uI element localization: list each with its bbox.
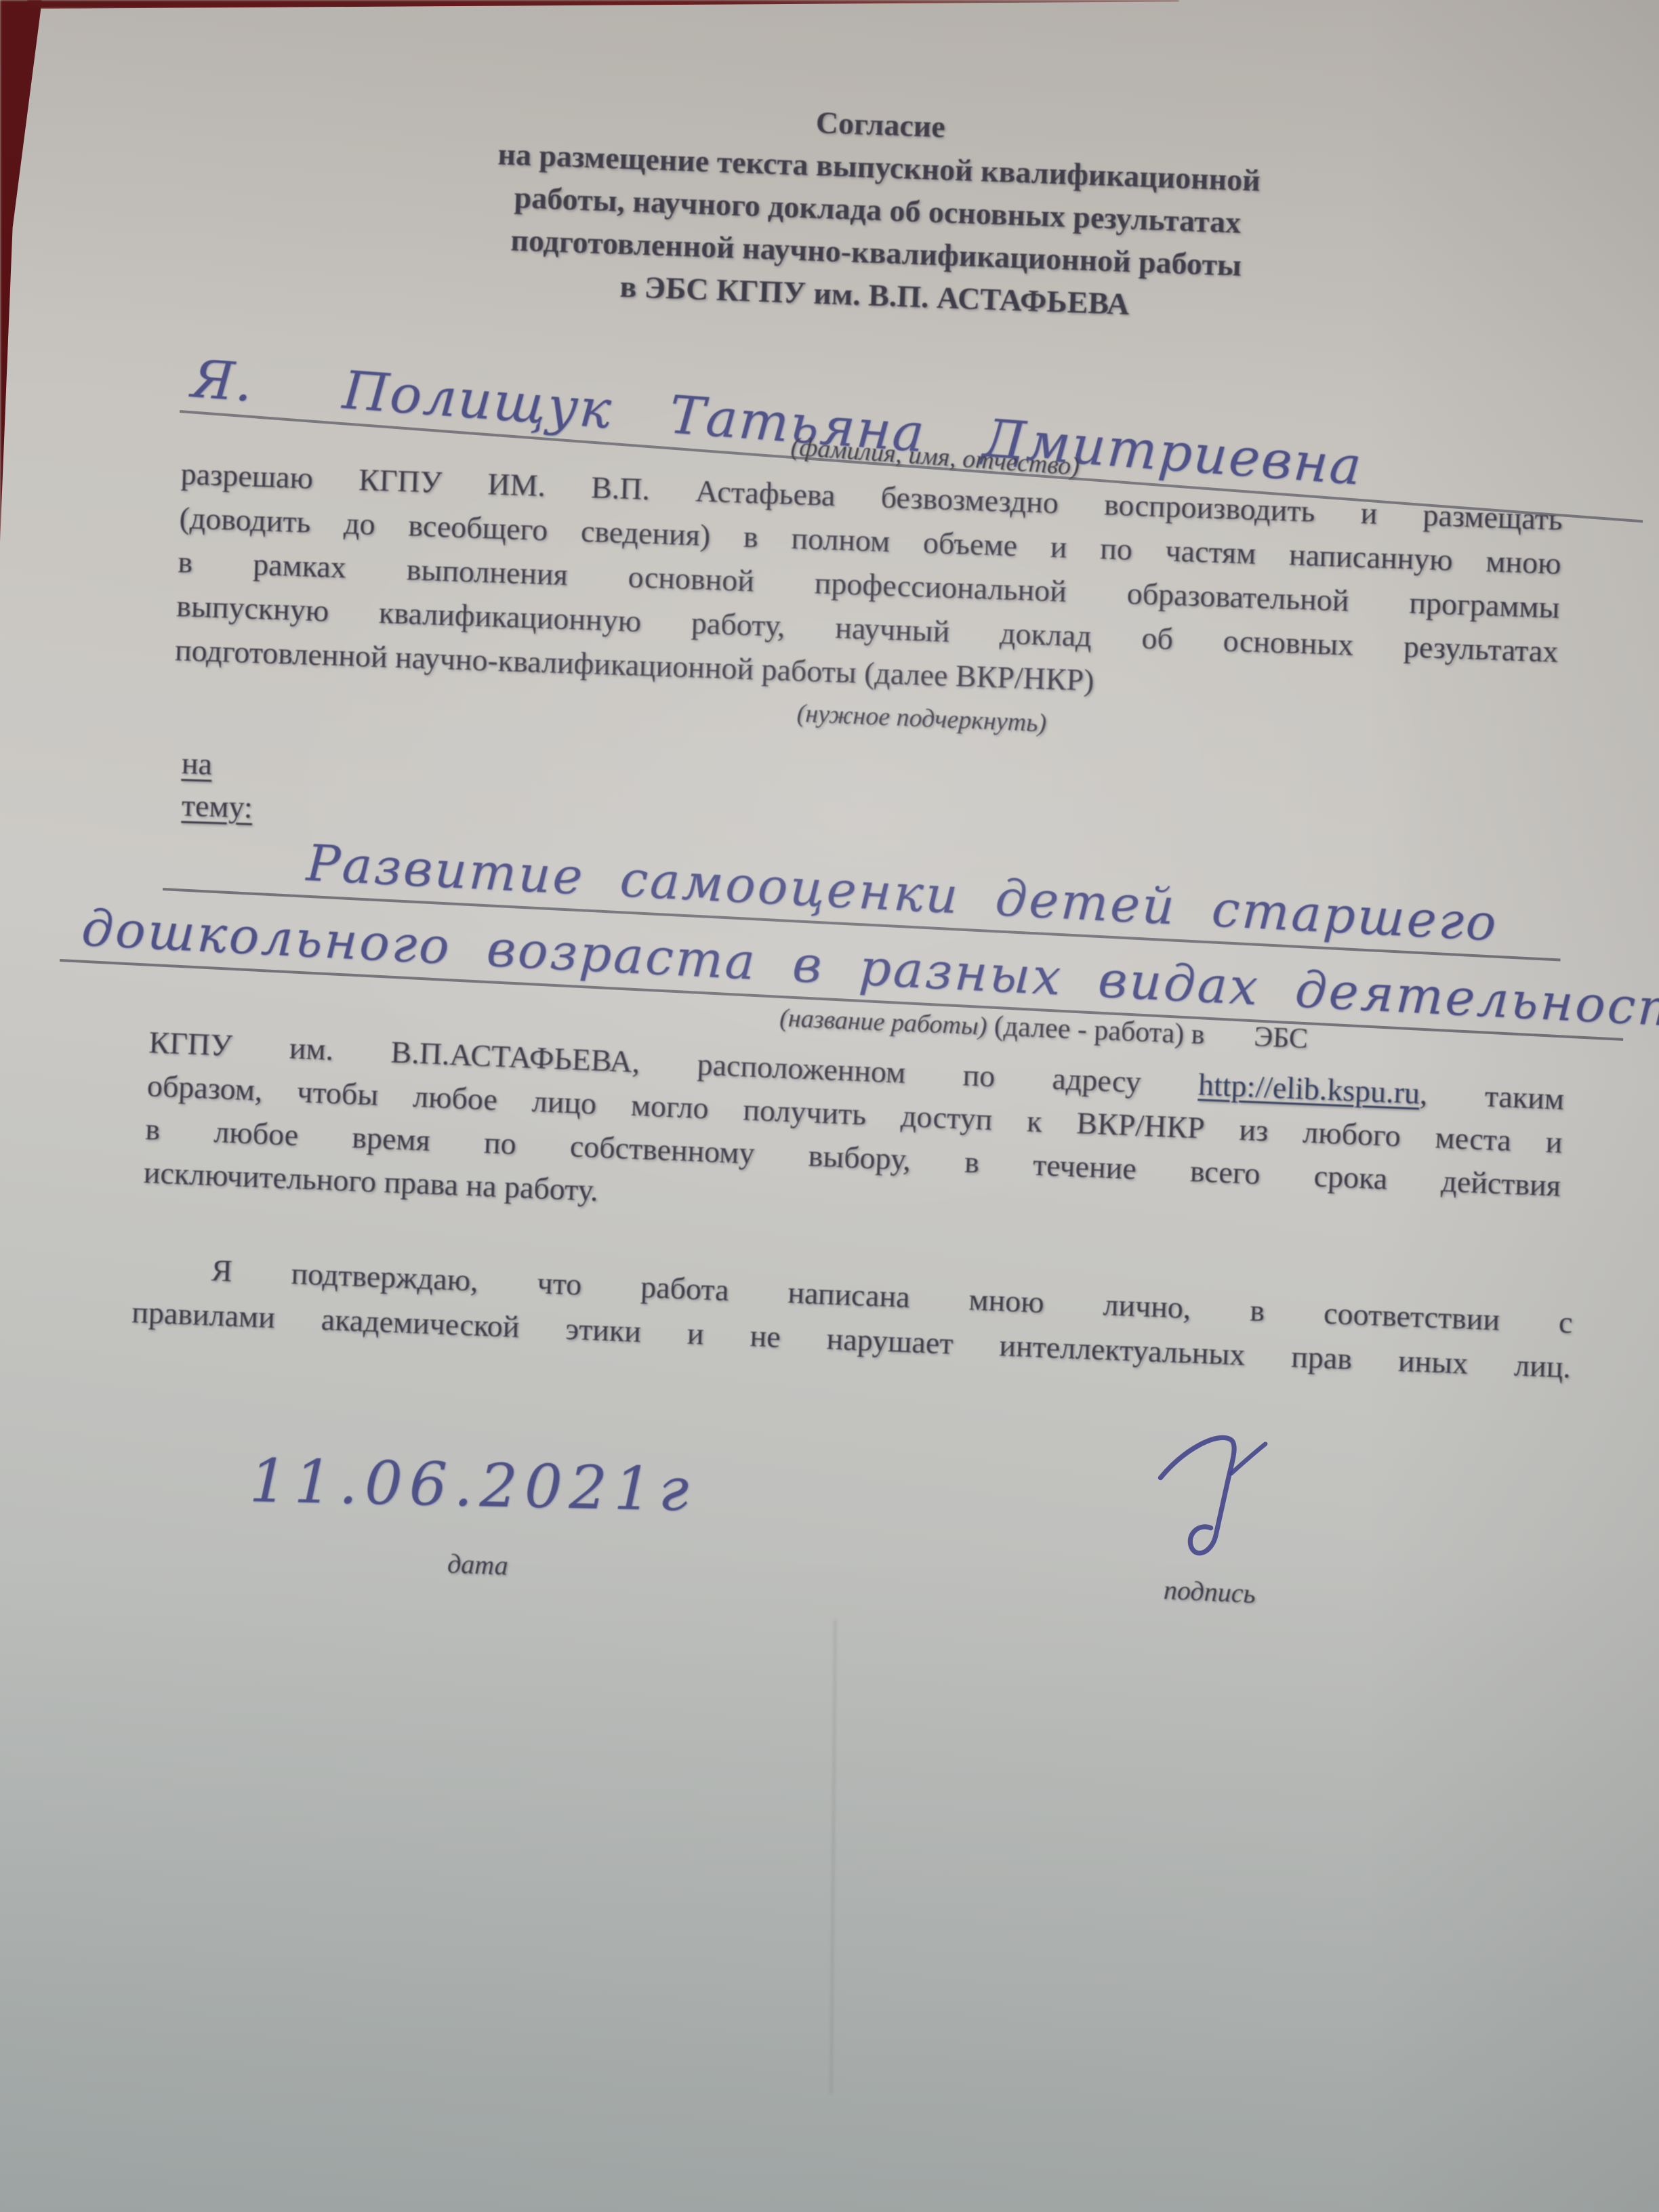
permission-paragraph: разрешаю КГПУ ИМ. В.П. Астафьева безвозм… [174, 451, 1563, 717]
signature-caption: подпись [1134, 1572, 1285, 1611]
confirmation-paragraph: Я подтверждаю, что работа написана мною … [131, 1245, 1574, 1389]
photo-background-edge-left [0, 0, 42, 542]
repository-url: http://elib.kspu.ru [1197, 1067, 1420, 1110]
name-prefix: Я. [189, 348, 255, 414]
handwritten-date: 11.06.2021г [249, 1446, 696, 1525]
work-title-caption-italic: (название работы) [779, 1004, 988, 1041]
paper-crease [830, 1620, 836, 2094]
topic-word: тему: [181, 787, 253, 825]
on-word: на [181, 745, 213, 781]
photo-background-edge-top [27, 0, 1179, 9]
date-caption: дата [406, 1546, 550, 1582]
signature-stroke [1145, 1423, 1288, 1572]
underline-note: (нужное подчеркнуть) [738, 696, 1105, 741]
handwritten-signature [1145, 1423, 1288, 1572]
form-title: Согласие на размещение текста выпускной … [193, 79, 1562, 340]
spacer [1212, 1044, 1247, 1046]
access-line-1-post: , таким [1419, 1076, 1565, 1116]
ebs-label: ЭБС [1254, 1021, 1309, 1054]
document-photo: Согласие на размещение текста выпускной … [0, 0, 1659, 2212]
